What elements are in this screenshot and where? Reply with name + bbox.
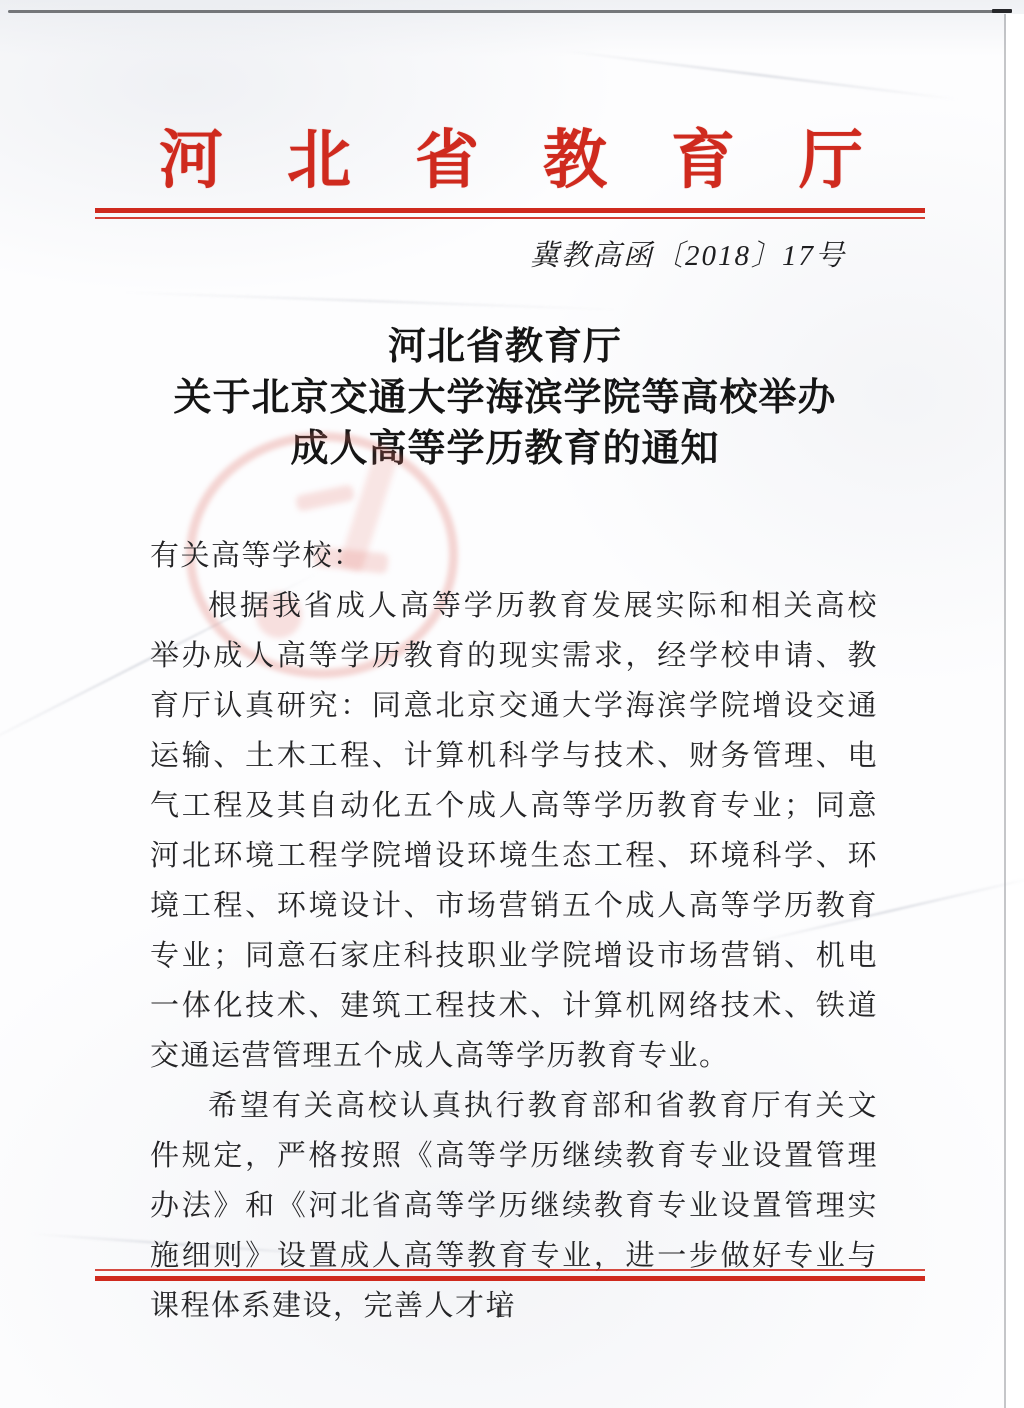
document-number: 冀教高函〔2018〕17号	[530, 233, 846, 274]
body-paragraph-2: 希望有关高校认真执行教育部和省教育厅有关文件规定，严格按照《高等学历继续教育专业…	[150, 1081, 878, 1331]
paper-crease	[561, 50, 958, 101]
scan-margin-right	[1006, 14, 1024, 1408]
scan-edge-top	[8, 10, 1006, 13]
footer-rule-thick	[95, 1276, 925, 1281]
notice-title-line-1: 河北省教育厅	[0, 322, 1010, 373]
scanned-document-page: 河北省教育厅 冀教高函〔2018〕17号 河北省教育厅 关于北京交通大学海滨学院…	[0, 0, 1024, 1408]
page-number: 1	[0, 1297, 1000, 1323]
letterhead-rule-thin	[95, 217, 925, 219]
letterhead-rule-thick	[95, 208, 925, 213]
footer-rule-thin	[95, 1269, 925, 1271]
seal-mark	[295, 484, 355, 512]
notice-title-line-2: 关于北京交通大学海滨学院等高校举办	[0, 373, 1010, 424]
paper-crease	[120, 291, 620, 310]
scan-edge-dash	[992, 9, 1012, 13]
letterhead-org-name: 河北省教育厅	[95, 118, 925, 204]
salutation: 有关高等学校：	[150, 531, 878, 581]
body-paragraph-1: 根据我省成人高等学历教育发展实际和相关高校举办成人高等学历教育的现实需求，经学校…	[150, 581, 878, 1081]
document-body: 有关高等学校： 根据我省成人高等学历教育发展实际和相关高校举办成人高等学历教育的…	[150, 531, 878, 1331]
notice-title: 河北省教育厅 关于北京交通大学海滨学院等高校举办 成人高等学历教育的通知	[0, 322, 1010, 475]
scan-edge-right	[1004, 14, 1006, 1408]
notice-title-line-3: 成人高等学历教育的通知	[0, 424, 1010, 475]
